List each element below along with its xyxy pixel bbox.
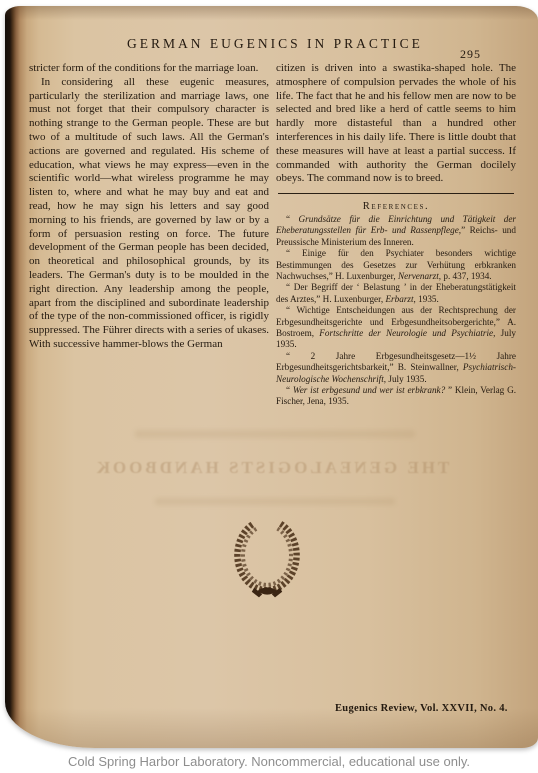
usage-caption: Cold Spring Harbor Laboratory. Noncommer… (0, 754, 538, 769)
scanned-page: GERMAN EUGENICS IN PRACTICE 295 stricter… (0, 0, 538, 773)
running-header: GERMAN EUGENICS IN PRACTICE (115, 36, 435, 52)
reference-entry: “ Wer ist erbgesund und wer ist erbkrank… (276, 385, 516, 408)
laurel-wreath-icon (227, 511, 307, 607)
right-column: citizen is driven into a swastika-shaped… (276, 62, 516, 408)
show-through-blur (155, 498, 395, 505)
left-column: stricter form of the conditions for the … (29, 62, 269, 352)
body-paragraph: In considering all these eugenic measure… (29, 76, 269, 352)
page-number: 295 (460, 47, 481, 62)
references-heading: References. (276, 200, 516, 214)
reference-entry: “ Einige für den Psychiater besonders wi… (276, 248, 516, 282)
show-through-text: THE GENEALOGISTS HANDBOOK (5, 458, 538, 478)
book-page: GERMAN EUGENICS IN PRACTICE 295 stricter… (5, 6, 538, 748)
body-paragraph: citizen is driven into a swastika-shaped… (276, 62, 516, 186)
show-through-blur (135, 430, 415, 438)
reference-entry: “ Der Begriff der ‘ Belastung ’ in der E… (276, 282, 516, 305)
journal-footer: Eugenics Review, Vol. XXVII, No. 4. (335, 703, 508, 714)
reference-entry: “ Wichtige Entscheidungen aus der Rechts… (276, 305, 516, 351)
body-paragraph: stricter form of the conditions for the … (29, 62, 269, 76)
references-divider (278, 193, 514, 194)
reference-entry: “ 2 Jahre Erbgesundheitsgesetz—1½ Jahre … (276, 351, 516, 385)
reference-entry: “ Grundsätze für die Einrichtung und Tät… (276, 214, 516, 248)
